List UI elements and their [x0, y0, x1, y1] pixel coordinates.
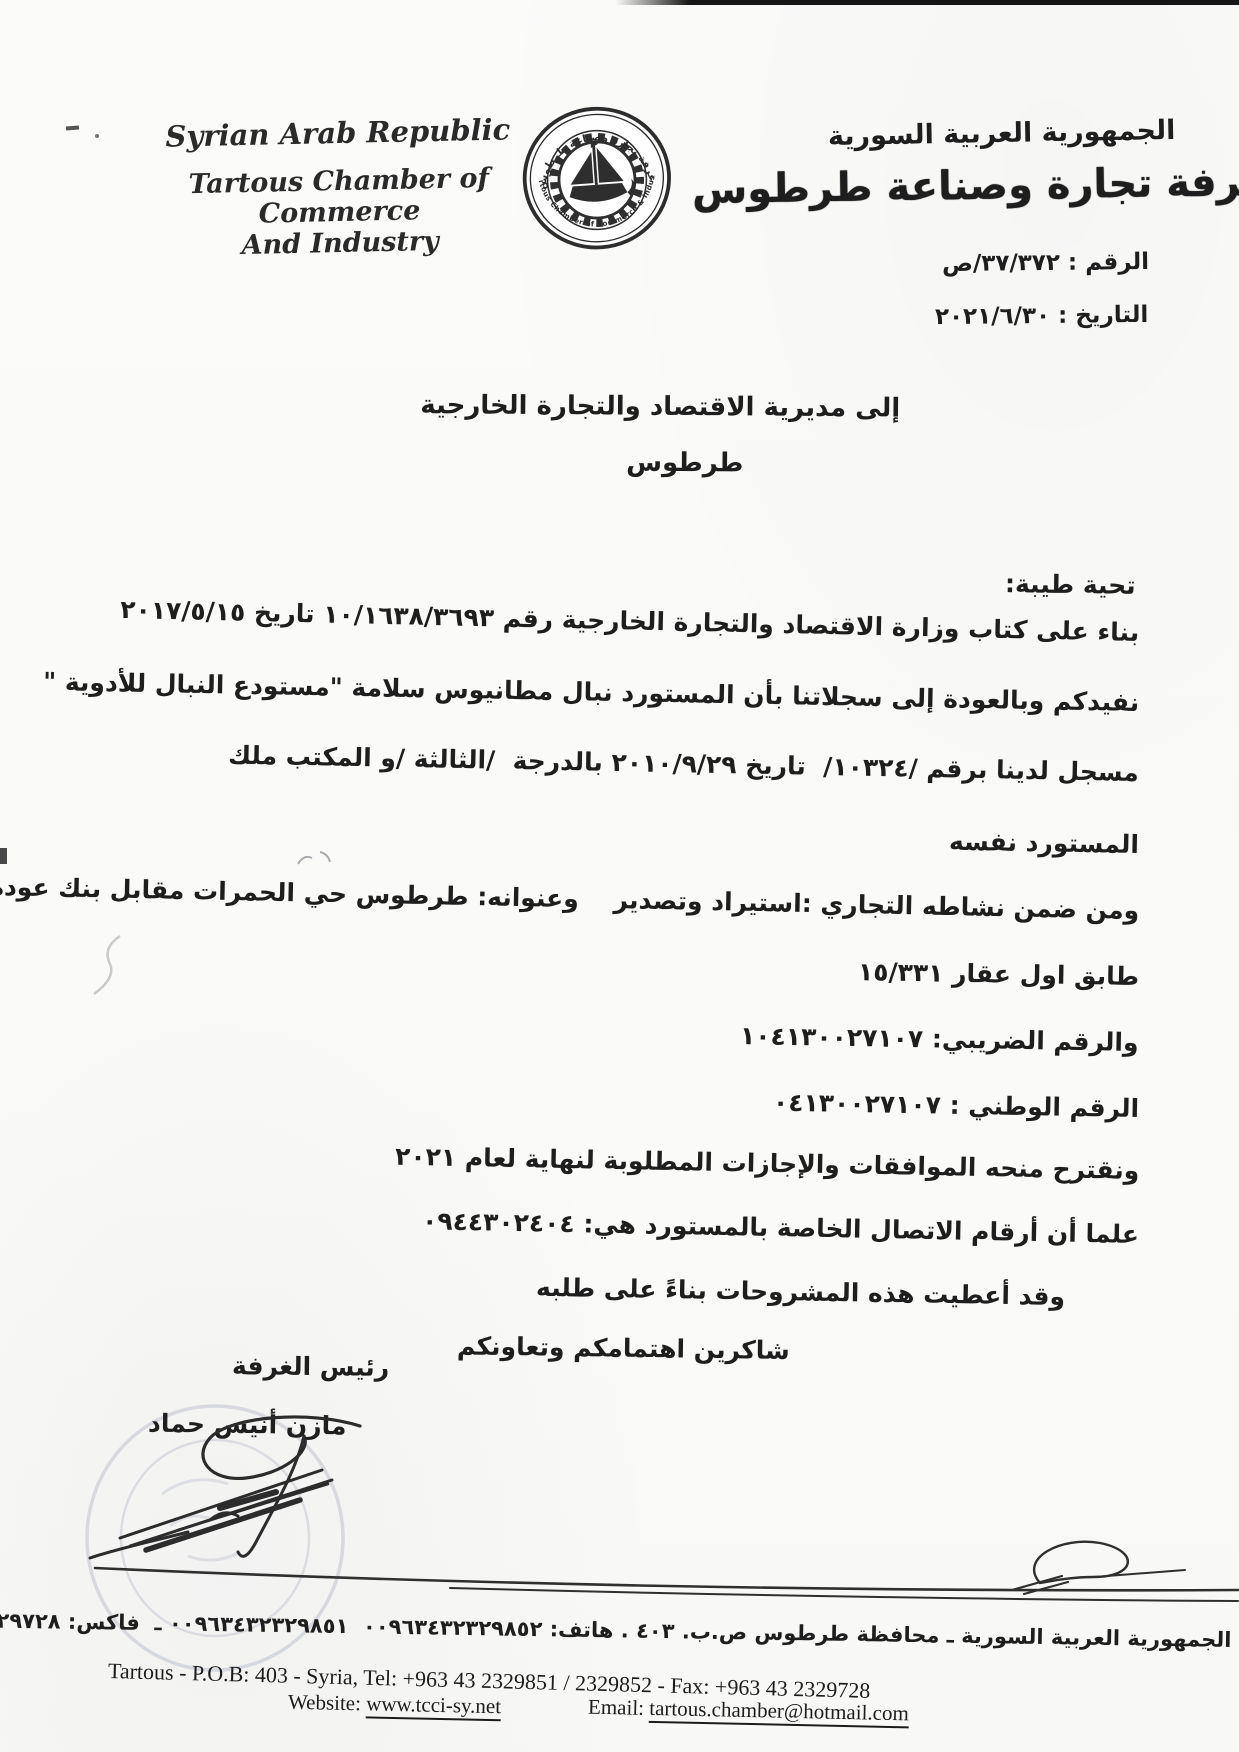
margin-scan-squiggle: [80, 930, 140, 1000]
header-ref-number: الرقم : ٣٧/٣٧٢/ص: [942, 249, 1149, 277]
body-line-8: الرقم الوطني : ٠٤١٣٠٠٢٧١٠٧: [773, 1088, 1140, 1123]
body-line-1: بناء على كتاب وزارة الاقتصاد والتجارة ال…: [120, 595, 1140, 647]
footer-website-label: Website:: [288, 1690, 361, 1716]
scan-speck-dash: [66, 126, 79, 131]
header-english-block: Syrian Arab Republic Tartous Chamber of …: [147, 112, 532, 263]
scanned-letter-page: Syrian Arab Republic Tartous Chamber of …: [0, 0, 1239, 1752]
footer-email: Email: tartous.chamber@hotmail.com: [588, 1695, 909, 1727]
addressee-line2: طرطوس: [470, 446, 900, 479]
body-line-6: طابق اول عقار ١٥/٣٣١: [858, 957, 1140, 991]
salutation: تحية طيبة:: [1005, 569, 1136, 600]
header-english-line2: Tartous Chamber of Commerce: [148, 162, 531, 232]
footer-website-url: www.tcci-sy.net: [366, 1691, 501, 1721]
margin-pen-mark: [292, 842, 338, 876]
footer-email-address: tartous.chamber@hotmail.com: [649, 1696, 909, 1728]
body-line-5: ومن ضمن نشاطه التجاري :استيراد وتصدير وع…: [0, 872, 1139, 925]
body-line-7: والرقم الضريبي: ١٠٤١٣٠٠٢٧١٠٧: [740, 1021, 1139, 1057]
body-line-2: نفيدكم وبالعودة إلى سجلاتنا بأن المستورد…: [43, 667, 1140, 717]
body-line-3: مسجل لدينا برقم /١٠٣٢٤/ تاريخ ٢٠١٠/٩/٢٩ …: [228, 741, 1139, 787]
body-line-12: شاكرين اهتمامكم وتعاونكم: [457, 1331, 790, 1365]
body-line-11: وقد أعطيت هذه المشروحات بناءً على طلبه: [536, 1273, 1065, 1311]
header-date: التاريخ : ٢٠٢١/٦/٣٠: [935, 302, 1149, 330]
body-line-10: علما أن أرقام الاتصال الخاصة بالمستورد ه…: [422, 1206, 1139, 1249]
header-arabic-country: الجمهورية العربية السورية: [827, 115, 1175, 152]
header-arabic-org: غرفة تجارة وصناعة طرطوس: [692, 159, 1239, 213]
addressee-block: إلى مديرية الاقتصاد والتجارة الخارجية طر…: [470, 391, 901, 480]
scan-edge-mark-left: [0, 848, 7, 864]
chamber-seal: غرفة تجارة وصناعة طرطوس Tartous Chamber …: [513, 99, 681, 262]
addressee-line1: إلى مديرية الاقتصاد والتجارة الخارجية: [470, 391, 900, 424]
scan-speck-dot: [95, 134, 99, 138]
signature-title: رئيس الغرفة: [232, 1351, 389, 1382]
footer-email-label: Email:: [588, 1695, 644, 1720]
body-line-9: ونقترح منحه الموافقات والإجازات المطلوبة…: [395, 1142, 1140, 1185]
header-english-line3: And Industry: [149, 224, 532, 263]
scan-edge-artifact-top: [615, 0, 1239, 5]
body-line-4: المستورد نفسه: [949, 827, 1139, 859]
header-english-line1: Syrian Arab Republic: [147, 112, 530, 154]
footer-website: Website: www.tcci-sy.net: [288, 1690, 502, 1719]
